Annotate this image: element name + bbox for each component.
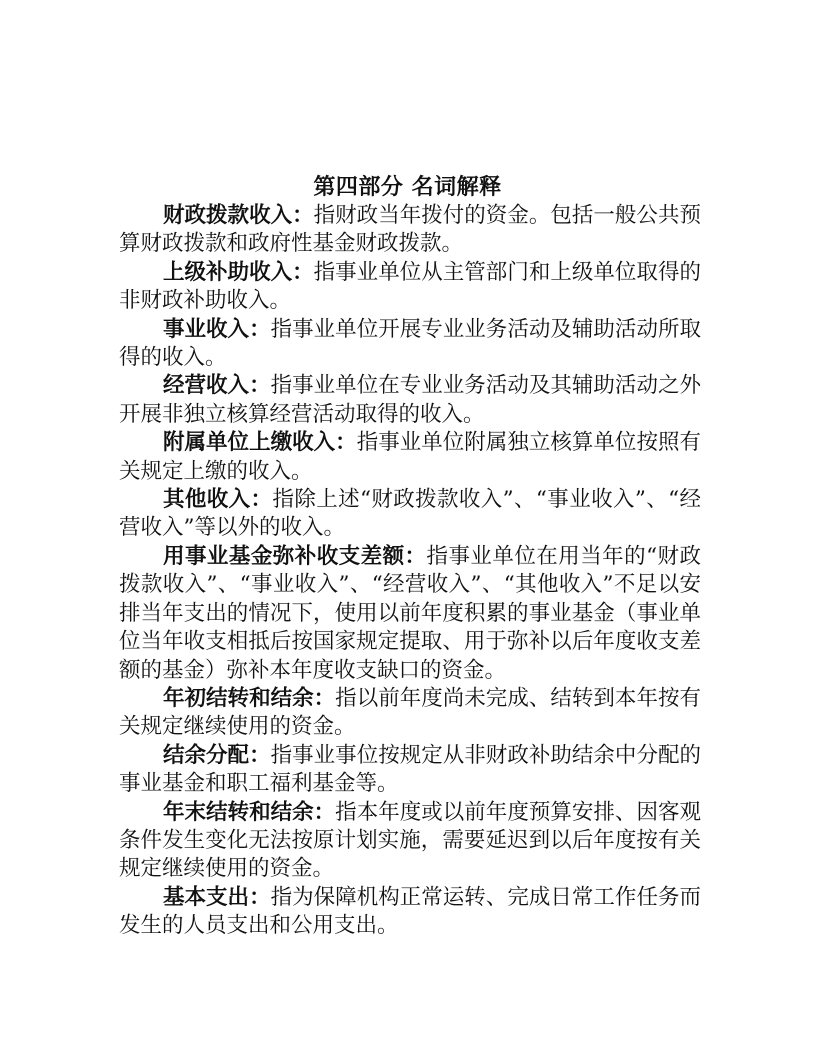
glossary-entry: 财政拨款收入：指财政当年拨付的资金。包括一般公共预算财政拨款和政府性基金财政拨款… xyxy=(119,202,701,259)
glossary-term: 年末结转和结余： xyxy=(163,800,335,825)
glossary-term: 用事业基金弥补收支差额： xyxy=(163,544,427,569)
glossary-entry: 其他收入：指除上述“财政拨款收入”、“事业收入”、“经营收入”等以外的收入。 xyxy=(119,486,701,543)
glossary-term: 经营收入： xyxy=(163,373,271,398)
glossary-entry: 基本支出：指为保障机构正常运转、完成日常工作任务而发生的人员支出和公用支出。 xyxy=(119,884,701,941)
glossary-entry: 上级补助收入：指事业单位从主管部门和上级单位取得的非财政补助收入。 xyxy=(119,259,701,316)
glossary-term: 结余分配： xyxy=(163,743,271,768)
glossary-term: 事业收入： xyxy=(163,317,271,342)
glossary-entry: 用事业基金弥补收支差额：指事业单位在用当年的“财政拨款收入”、“事业收入”、“经… xyxy=(119,543,701,685)
glossary-entry: 年末结转和结余：指本年度或以前年度预算安排、因客观条件发生变化无法按原计划实施，… xyxy=(119,799,701,884)
glossary-term: 其他收入： xyxy=(163,487,272,512)
glossary-body: 财政拨款收入：指财政当年拨付的资金。包括一般公共预算财政拨款和政府性基金财政拨款… xyxy=(119,202,701,941)
glossary-entry: 事业收入：指事业单位开展专业业务活动及辅助活动所取得的收入。 xyxy=(119,316,701,373)
glossary-term: 附属单位上缴收入： xyxy=(163,430,357,455)
glossary-term: 基本支出： xyxy=(163,885,271,910)
glossary-entry: 附属单位上缴收入：指事业单位附属独立核算单位按照有关规定上缴的收入。 xyxy=(119,429,701,486)
glossary-term: 上级补助收入： xyxy=(163,260,314,285)
glossary-entry: 结余分配：指事业事位按规定从非财政补助结余中分配的事业基金和职工福利基金等。 xyxy=(119,742,701,799)
glossary-term: 财政拨款收入： xyxy=(163,203,314,228)
glossary-entry: 年初结转和结余：指以前年度尚未完成、结转到本年按有关规定继续使用的资金。 xyxy=(119,685,701,742)
section-title: 第四部分 名词解释 xyxy=(0,173,815,203)
glossary-term: 年初结转和结余： xyxy=(163,686,335,711)
glossary-entry: 经营收入：指事业单位在专业业务活动及其辅助活动之外开展非独立核算经营活动取得的收… xyxy=(119,372,701,429)
document-page: 第四部分 名词解释 财政拨款收入：指财政当年拨付的资金。包括一般公共预算财政拨款… xyxy=(0,0,815,1055)
